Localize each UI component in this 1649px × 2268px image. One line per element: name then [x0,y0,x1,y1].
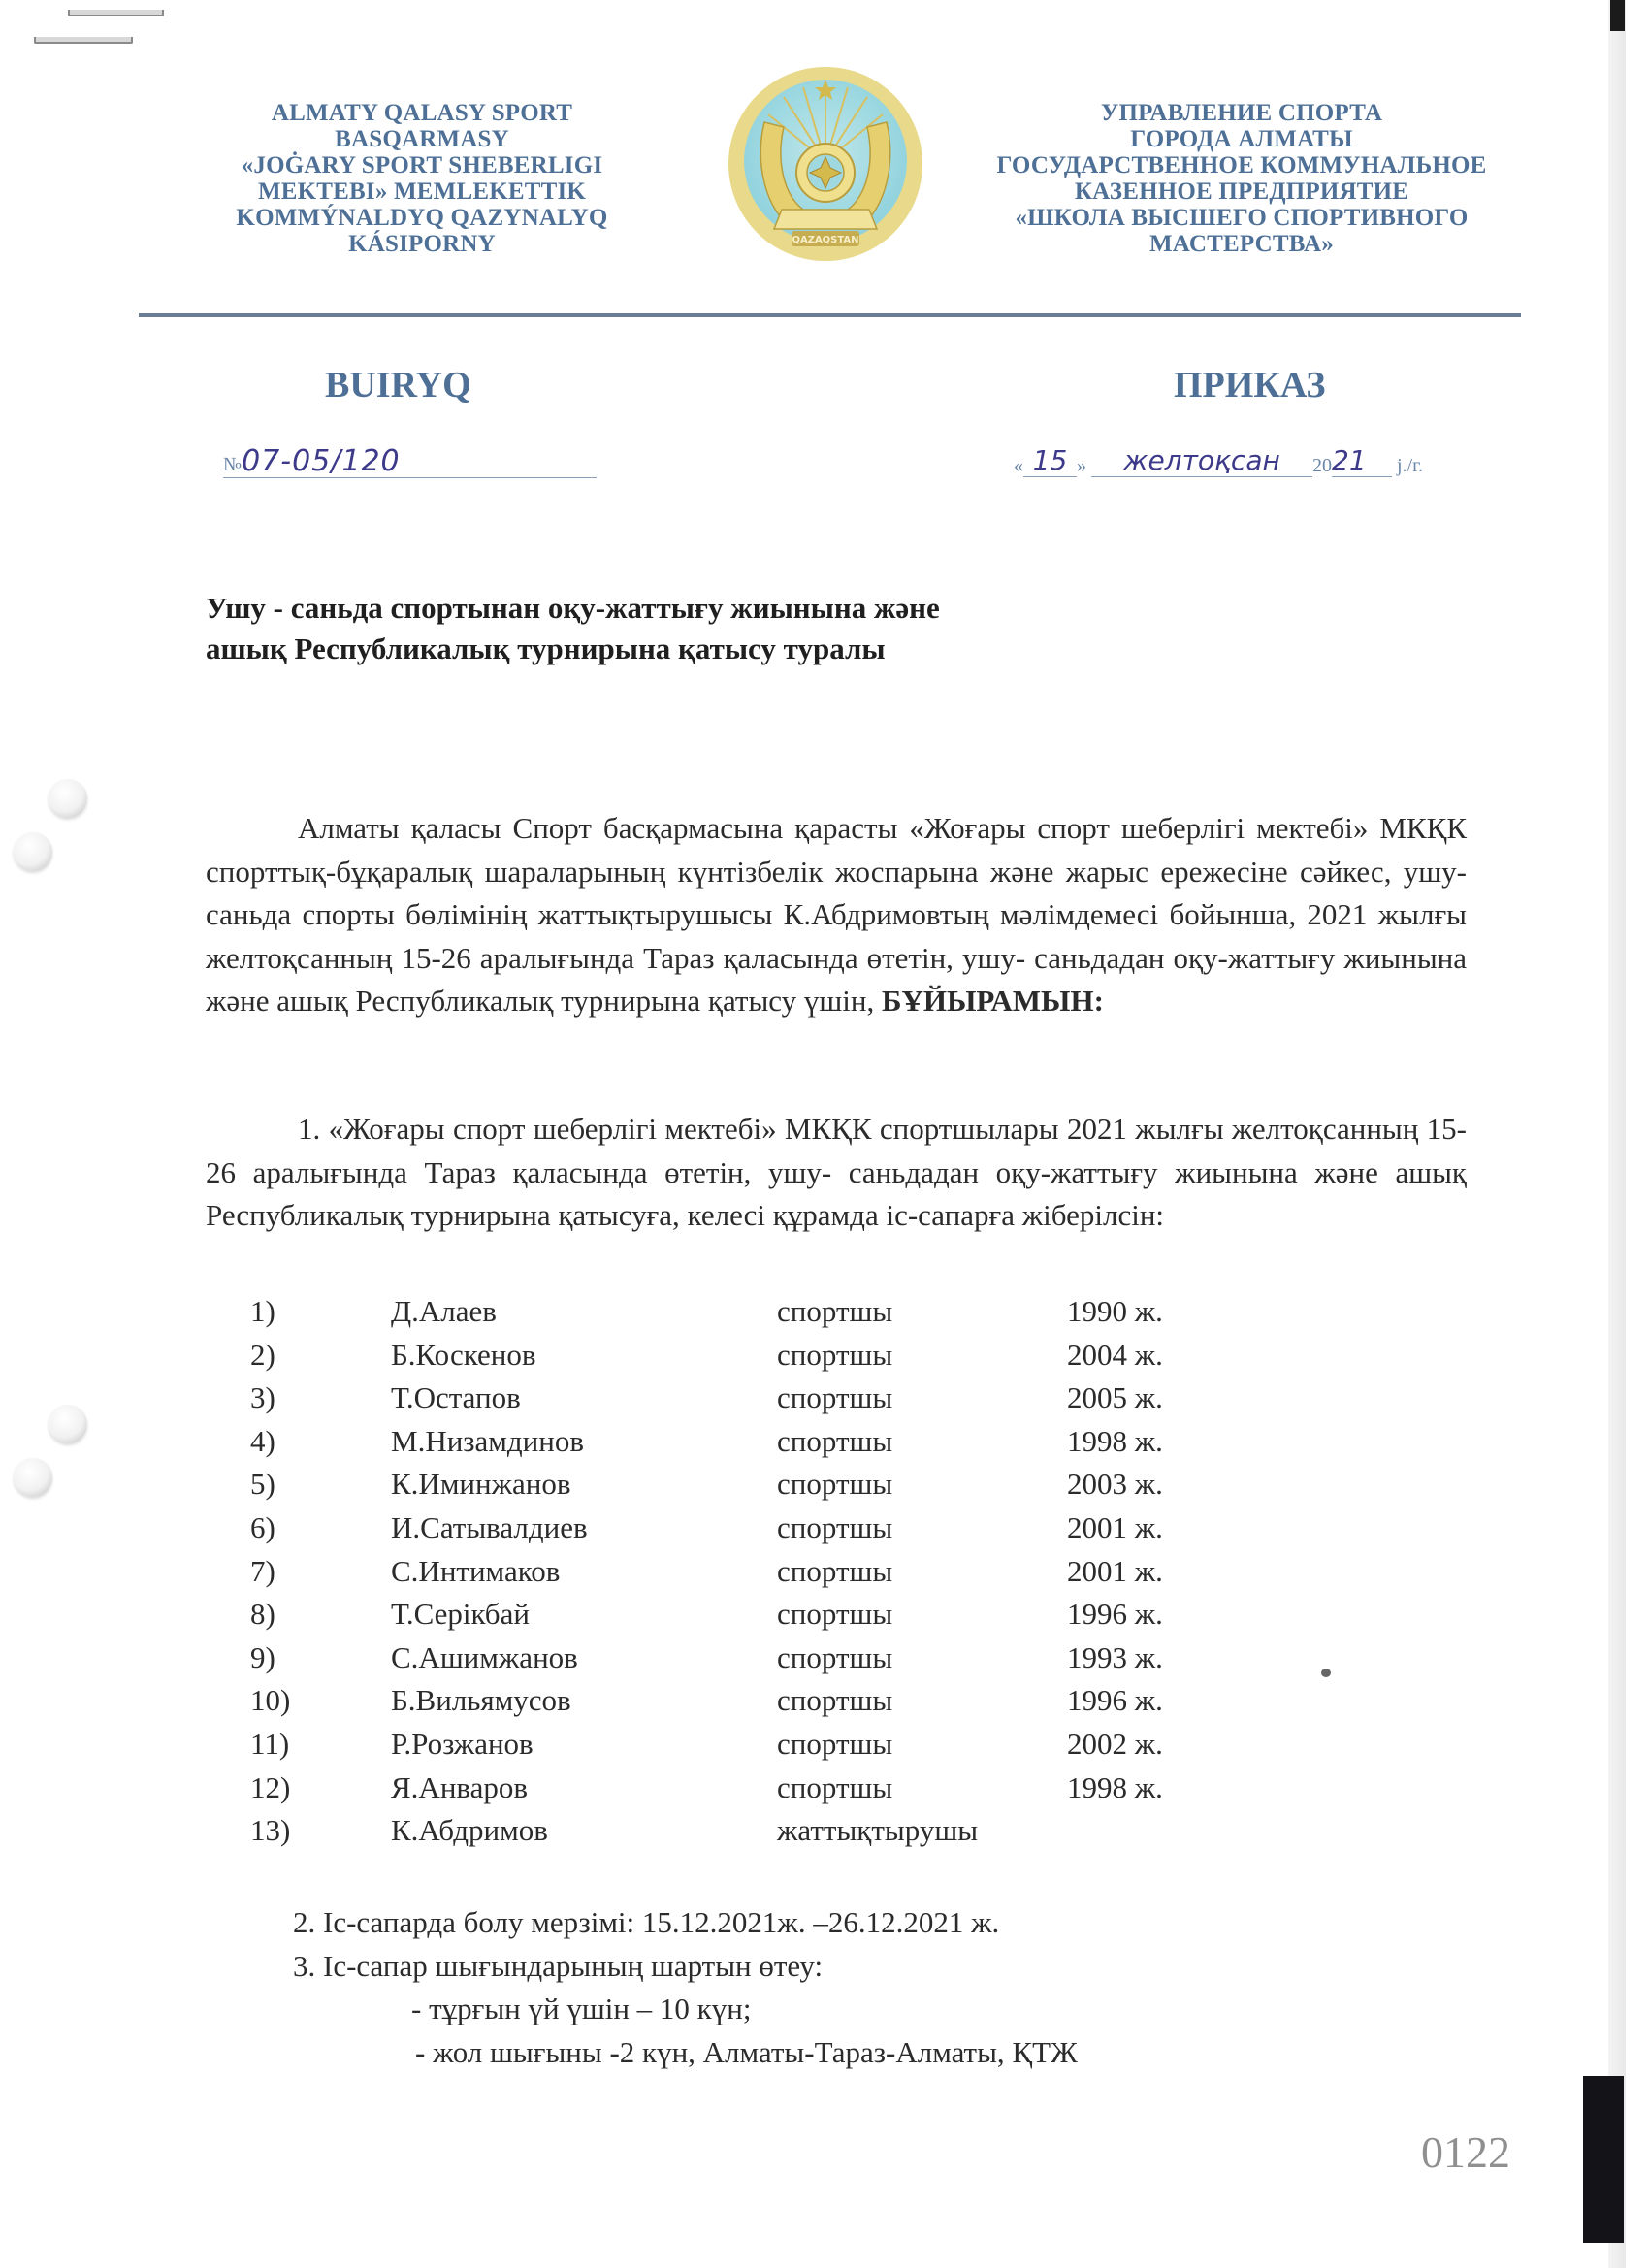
ink-speck [1321,1669,1331,1677]
org-ru-line: ГОРОДА АЛМАТЫ [955,126,1528,152]
participant-name: Б.Коскенов [391,1334,536,1377]
order-items: 2. Іс-сапарда болу мерзімі: 15.12.2021ж.… [293,1901,1078,2074]
participant-birth-year: 1998 ж. [1067,1420,1163,1464]
list-item-number: 1) [250,1290,275,1334]
participant-birth-year: 1993 ж. [1067,1636,1163,1680]
date-suffix: j./г. [1397,455,1423,476]
org-kz-line: BASQARMASY [199,126,645,152]
participant-name: Р.Розжанов [391,1723,533,1766]
item-2-trip-period: 2. Іс-сапарда болу мерзімі: 15.12.2021ж.… [293,1901,1078,1945]
preamble-text: Алматы қаласы Спорт басқармасына қарасты… [206,811,1467,1018]
participant-role: спортшы [777,1334,892,1377]
participant-name: Я.Анваров [391,1766,528,1810]
list-item-number: 5) [250,1463,275,1507]
participant-birth-year: 2005 ж. [1067,1377,1163,1420]
participant-birth-year: 2001 ж. [1067,1507,1163,1550]
scan-edge-dark [1610,0,1625,31]
list-item-number: 3) [250,1377,275,1420]
date-year-handwritten: 21 [1332,444,1367,476]
svg-text:QAZAQSTAN: QAZAQSTAN [792,235,858,245]
date-year-prefix: 20 [1312,455,1332,476]
participant-name: Т.Остапов [391,1377,521,1420]
participant-birth-year: 1996 ж. [1067,1593,1163,1636]
org-ru-line: КАЗЕННОЕ ПРЕДПРИЯТИЕ [955,178,1528,205]
punch-hole [14,832,52,871]
staple-mark [34,37,133,44]
scan-edge-dark [1583,2076,1624,2243]
order-number-field: №07-05/120 [223,444,597,478]
number-sign: № [223,454,242,475]
order-title-ru: ПРИКАЗ [1174,364,1325,406]
order-date-field: «15» желтоқсан2021 j./г. [1014,444,1460,477]
punch-hole [48,779,87,818]
participant-role: спортшы [777,1290,892,1334]
subject-line: ашық Республикалық турнирына қатысу тура… [206,629,940,669]
participant-name: С.Ашимжанов [391,1636,578,1680]
org-kz-line: KOMMÝNALDYQ QAZYNALYQ [199,205,645,231]
scan-edge [1608,0,1626,2268]
participant-name: К.Иминжанов [391,1463,571,1507]
order-title-kz: BUIRYQ [325,364,471,406]
participant-role: жаттықтырушы [777,1809,978,1853]
participant-name: Т.Серікбай [391,1593,530,1636]
preamble-paragraph: Алматы қаласы Спорт басқармасына қарасты… [206,807,1467,1023]
participant-role: спортшы [777,1723,892,1766]
org-ru-line: МАСТЕРСТВА» [955,231,1528,257]
participant-birth-year: 1996 ж. [1067,1679,1163,1723]
list-item-number: 8) [250,1593,275,1636]
org-kz-line: MEKTEBI» MEMLEKETTIK [199,178,645,205]
participant-name: К.Абдримов [391,1809,548,1853]
participant-birth-year: 1998 ж. [1067,1766,1163,1810]
participant-name: И.Сатывалдиев [391,1507,588,1550]
item-3-housing: - тұрғын үй үшін – 10 күн; [293,1988,1078,2031]
list-item-number: 10) [250,1679,290,1723]
participant-role: спортшы [777,1420,892,1464]
participant-role: спортшы [777,1507,892,1550]
order-number-handwritten: 07-05/120 [242,444,401,478]
org-kz-line: ALMATY QALASY SPORT [199,100,645,126]
participant-role: спортшы [777,1679,892,1723]
list-item-number: 11) [250,1723,289,1766]
punch-hole [48,1405,87,1443]
item-3-travel: - жол шығыны -2 күн, Алматы-Тараз-Алматы… [293,2031,1078,2075]
header-divider [139,313,1521,317]
subject-line: Ушу - саньда спортынан оқу-жаттығу жиыны… [206,588,940,629]
participant-birth-year: 2001 ж. [1067,1550,1163,1594]
order-word: БҰЙЫРАМЫН: [882,984,1104,1018]
date-quote-open: « [1014,455,1023,476]
participant-role: спортшы [777,1550,892,1594]
org-ru-line: ГОСУДАРСТВЕННОЕ КОММУНАЛЬНОЕ [955,152,1528,178]
list-item-number: 9) [250,1636,275,1680]
org-kz-line: «JOĠARY SPORT SHEBERLIGI [199,152,645,178]
organization-name-kz: ALMATY QALASY SPORT BASQARMASY «JOĠARY S… [199,100,645,257]
participant-birth-year: 2003 ж. [1067,1463,1163,1507]
order-subject: Ушу - саньда спортынан оқу-жаттығу жиыны… [206,588,940,669]
punch-hole [14,1458,52,1497]
participant-name: Д.Алаев [391,1290,497,1334]
staple-mark [68,10,164,16]
participant-name: М.Низамдинов [391,1420,584,1464]
list-item-number: 6) [250,1507,275,1550]
participant-name: Б.Вильямусов [391,1679,571,1723]
organization-name-ru: УПРАВЛЕНИЕ СПОРТА ГОРОДА АЛМАТЫ ГОСУДАРС… [955,100,1528,257]
participant-role: спортшы [777,1377,892,1420]
list-item-number: 12) [250,1766,290,1810]
participant-role: спортшы [777,1463,892,1507]
org-ru-line: «ШКОЛА ВЫСШЕГО СПОРТИВНОГО [955,205,1528,231]
date-day-handwritten: 15 [1033,444,1068,476]
org-kz-line: KÁSIPORNY [199,231,645,257]
date-month-handwritten: желтоқсан [1123,444,1280,476]
participant-role: спортшы [777,1593,892,1636]
participant-name: С.Интимаков [391,1550,560,1594]
list-item-number: 13) [250,1809,290,1853]
list-item-number: 7) [250,1550,275,1594]
item-1-paragraph: 1. «Жоғары спорт шеберлігі мектебі» МКҚК… [206,1108,1467,1238]
participant-role: спортшы [777,1636,892,1680]
participant-birth-year: 2004 ж. [1067,1334,1163,1377]
participant-birth-year: 1990 ж. [1067,1290,1163,1334]
list-item-number: 4) [250,1420,275,1464]
participant-birth-year: 2002 ж. [1067,1723,1163,1766]
date-quote-close: » [1077,455,1086,476]
item-3-expenses: 3. Іс-сапар шығындарының шартын өтеу: [293,1945,1078,1989]
participant-role: спортшы [777,1766,892,1810]
org-ru-line: УПРАВЛЕНИЕ СПОРТА [955,100,1528,126]
list-item-number: 2) [250,1334,275,1377]
kazakhstan-emblem-icon: QAZAQSTAN [726,64,925,264]
page-number: 0122 [1421,2126,1510,2178]
